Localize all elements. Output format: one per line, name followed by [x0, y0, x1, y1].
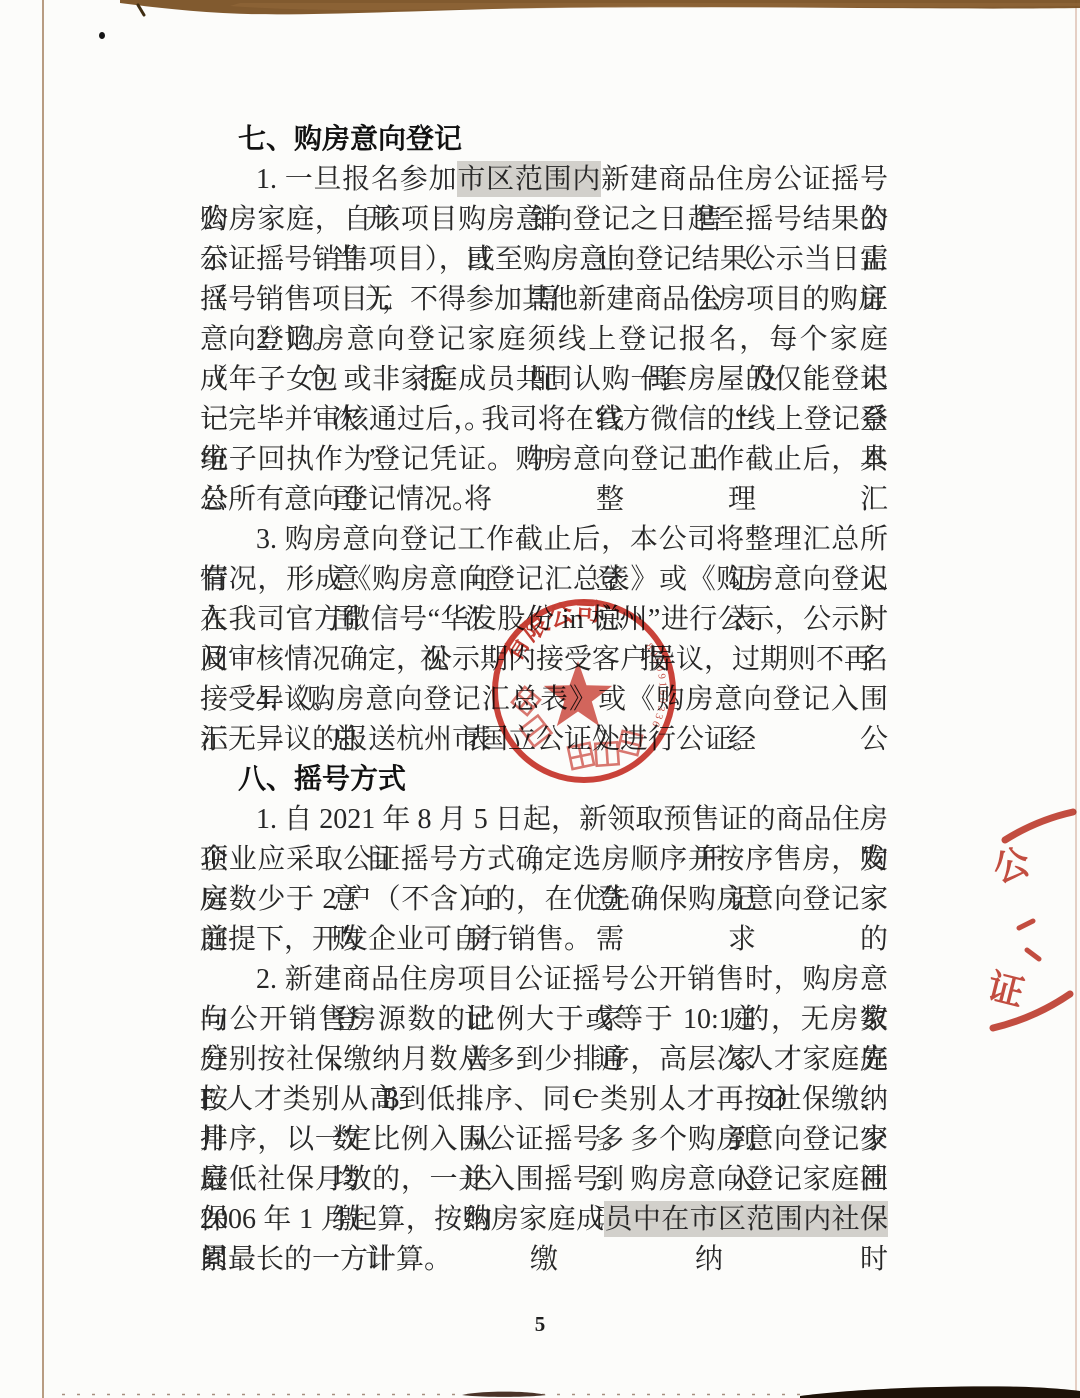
paper-edge-line-left — [42, 0, 44, 1398]
scan-artifact-top-edge — [0, 0, 1080, 30]
edge-stamp-char-gong: 公 — [988, 841, 1035, 890]
text-line: 电子回执作为登记凭证。购房意向登记工作截止后，本公司将整理汇 — [200, 440, 888, 480]
paper-edge-line-right — [1075, 0, 1077, 1398]
text-line: 成年子女）或非家庭成员共同认购一套房屋的仅能登记一次。线上登 — [200, 360, 888, 400]
bottom-edge-blob — [462, 1392, 546, 1397]
text-line: 3. 购房意向登记工作截止后，本公司将整理汇总所有意向登记人 — [200, 520, 888, 560]
text-line: 1. 自 2021 年 8 月 5 日起，新领取预售证的商品住房项目，开发 — [200, 800, 888, 840]
text-line: 购房家庭，自该项目购房意向登记之日起至摇号结果公示当日止（需 — [200, 200, 888, 240]
text-line: 2. 购房意向登记家庭须线上登记报名，每个家庭（包括配偶及未 — [200, 320, 888, 360]
seal-star-icon — [544, 661, 612, 726]
text-line: 2. 新建商品住房项目公证摇号公开销售时，购房意向登记家庭数 — [200, 960, 888, 1000]
text-line: 公证摇号销售项目），或至购房意向登记结果公示当日止（无需公证 — [200, 240, 888, 280]
text-segment: 间最长的一方计算。 — [200, 1244, 452, 1275]
company-seal-stamp: 有限公司 80509160336 — [486, 593, 684, 793]
text-segment: 前提下，开发企业可自行销售。 — [200, 924, 592, 955]
text-segment: 1. 一旦报名参加 — [256, 164, 457, 195]
text-line: 排序，以一定比例入围公证摇号。多个购房意向登记家庭均达到入围 — [200, 1120, 888, 1160]
section-heading: 七、购房意向登记 — [200, 120, 888, 160]
top-edge-texture — [230, 3, 1080, 10]
ink-dot — [99, 32, 105, 39]
edge-stamp-arc-top — [1005, 812, 1073, 840]
text-line: 分别按社保缴纳月数从多到少排序，高层次人才家庭先按 B、C、D、 — [200, 1040, 888, 1080]
top-edge-shape — [120, 0, 1080, 14]
edge-stamp-mark — [1027, 950, 1039, 959]
text-segment: 总所有意向登记情况。 — [200, 484, 480, 515]
text-line: 记完毕并审核通过后，我司将在官方微信的“线上登记系统”中出具 — [200, 400, 888, 440]
seal-arc-text: 有限公司 — [499, 598, 601, 667]
ink-mark — [138, 5, 144, 15]
text-line: 庭数少于 2 户（不含）的，在优先确保购房意向登记家庭购房需求的 — [200, 880, 888, 920]
text-line: 与公开销售房源数的比例大于或等于 10:1 的，无房家庭、普通家庭 — [200, 1000, 888, 1040]
text-line: 1. 一旦报名参加市区范围内新建商品住房公证摇号公开销售的 — [200, 160, 888, 200]
text-line: 2006 年 1 月起算，按购房家庭成员中在市区范围内社保累计缴纳时 — [200, 1200, 888, 1240]
notary-edge-stamp: 公 证 — [975, 788, 1080, 1048]
highlight-segment: 市区范围内 — [457, 164, 601, 195]
text-segment: 2006 年 1 月起算，按购房家庭成 — [200, 1204, 604, 1235]
document-page: 七、购房意向登记1. 一旦报名参加市区范围内新建商品住房公证摇号公开销售的购房家… — [0, 0, 1080, 1398]
bottom-edge-swath — [800, 1386, 1080, 1398]
text-line: 企业应采取公证摇号方式确定选房顺序并按序售房，购房意向登记家 — [200, 840, 888, 880]
page-number: 5 — [0, 1312, 1080, 1337]
text-line: 摇号销售项目），不得参加其他新建商品住房项目的购房意向登记。 — [200, 280, 888, 320]
edge-stamp-char-zheng: 证 — [983, 966, 1028, 1014]
highlight-segment: 员中在市区范围内社保 — [604, 1204, 888, 1235]
edge-stamp-mark — [1019, 921, 1033, 928]
scan-artifact-bottom-edge — [0, 1380, 1080, 1398]
text-line: E 人才类别从高到低排序、同一类别人才再按社保缴纳月数从多到少 — [200, 1080, 888, 1120]
text-line: 最低社保月数的，一并入围摇号。购房意向登记家庭社保缴纳时间自 — [200, 1160, 888, 1200]
